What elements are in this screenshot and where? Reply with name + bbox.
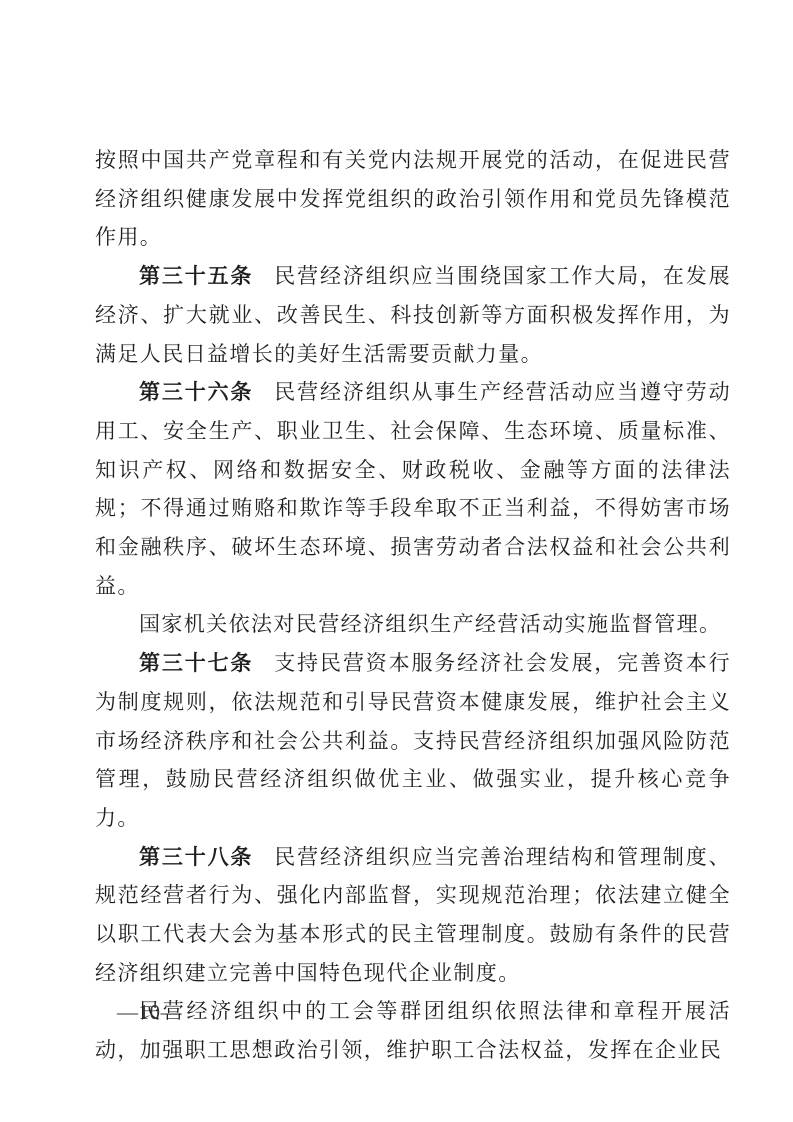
- paragraph-text: 民营经济组织从事生产经营活动应当遵守劳动用工、安全生产、职业卫生、社会保障、生态…: [95, 380, 731, 598]
- paragraph-article-37: 第三十七条支持民营资本服务经济社会发展，完善资本行为制度规则，依法规范和引导民营…: [95, 644, 731, 838]
- paragraph-article-38-clause-2: 民营经济组织中的工会等群团组织依照法律和章程开展活动，加强职工思想政治引领，维护…: [95, 992, 731, 1069]
- document-body: 按照中国共产党章程和有关党内法规开展党的活动，在促进民营经济组织健康发展中发挥党…: [95, 141, 731, 1070]
- page-number: —10—: [117, 1000, 182, 1025]
- article-number-label: 第三十七条: [139, 651, 253, 675]
- document-page: 按照中国共产党章程和有关党内法规开展党的活动，在促进民营经济组织健康发展中发挥党…: [0, 0, 793, 1122]
- article-number-label: 第三十六条: [139, 380, 253, 404]
- paragraph-article-35: 第三十五条民营经济组织应当围绕国家工作大局，在发展经济、扩大就业、改善民生、科技…: [95, 257, 731, 373]
- paragraph-text: 支持民营资本服务经济社会发展，完善资本行为制度规则，依法规范和引导民营资本健康发…: [95, 651, 731, 830]
- paragraph-article-38: 第三十八条民营经济组织应当完善治理结构和管理制度、规范经营者行为、强化内部监督，…: [95, 838, 731, 993]
- paragraph-article-36: 第三十六条民营经济组织从事生产经营活动应当遵守劳动用工、安全生产、职业卫生、社会…: [95, 373, 731, 605]
- paragraph-text: 按照中国共产党章程和有关党内法规开展党的活动，在促进民营经济组织健康发展中发挥党…: [95, 148, 731, 249]
- paragraph-text: 国家机关依法对民营经济组织生产经营活动实施监督管理。: [139, 612, 721, 636]
- paragraph-text: 民营经济组织中的工会等群团组织依照法律和章程开展活动，加强职工思想政治引领，维护…: [95, 999, 731, 1062]
- article-number-label: 第三十五条: [139, 264, 253, 288]
- article-number-label: 第三十八条: [139, 845, 253, 869]
- paragraph-continuation: 按照中国共产党章程和有关党内法规开展党的活动，在促进民营经济组织健康发展中发挥党…: [95, 141, 731, 257]
- paragraph-article-36-clause-2: 国家机关依法对民营经济组织生产经营活动实施监督管理。: [95, 605, 731, 644]
